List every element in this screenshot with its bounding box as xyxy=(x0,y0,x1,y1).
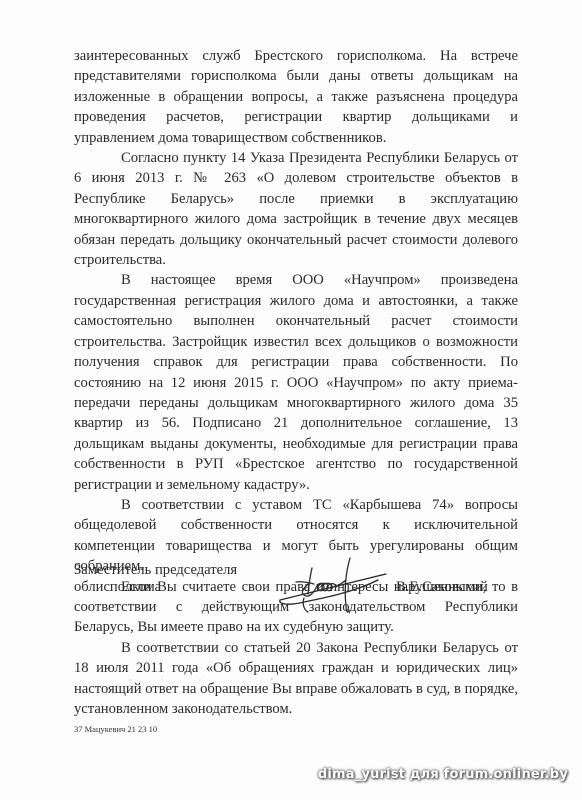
signatory-title: Заместитель председателя облисполкома xyxy=(74,562,237,596)
executor-note: 37 Мацукевич 21 23 10 xyxy=(74,724,157,734)
paragraph-1: заинтересованных служб Брестского горисп… xyxy=(74,46,518,148)
signatory-title-line-1: Заместитель председателя xyxy=(74,562,237,579)
paragraph-2: Согласно пункту 14 Указа Президента Респ… xyxy=(74,148,518,270)
paragraph-3: В настоящее время ООО «Научпром» произве… xyxy=(74,270,518,494)
handwritten-signature-icon xyxy=(274,554,394,616)
signatory-name: В.Е.Саковский xyxy=(396,579,488,596)
watermark: dima_yurist для forum.onliner.by xyxy=(318,767,568,782)
document-page: заинтересованных служб Брестского горисп… xyxy=(0,0,582,800)
scan-specks xyxy=(100,665,280,685)
signature-block: Заместитель председателя облисполкома В.… xyxy=(74,562,518,622)
signatory-title-line-2: облисполкома xyxy=(74,579,237,596)
